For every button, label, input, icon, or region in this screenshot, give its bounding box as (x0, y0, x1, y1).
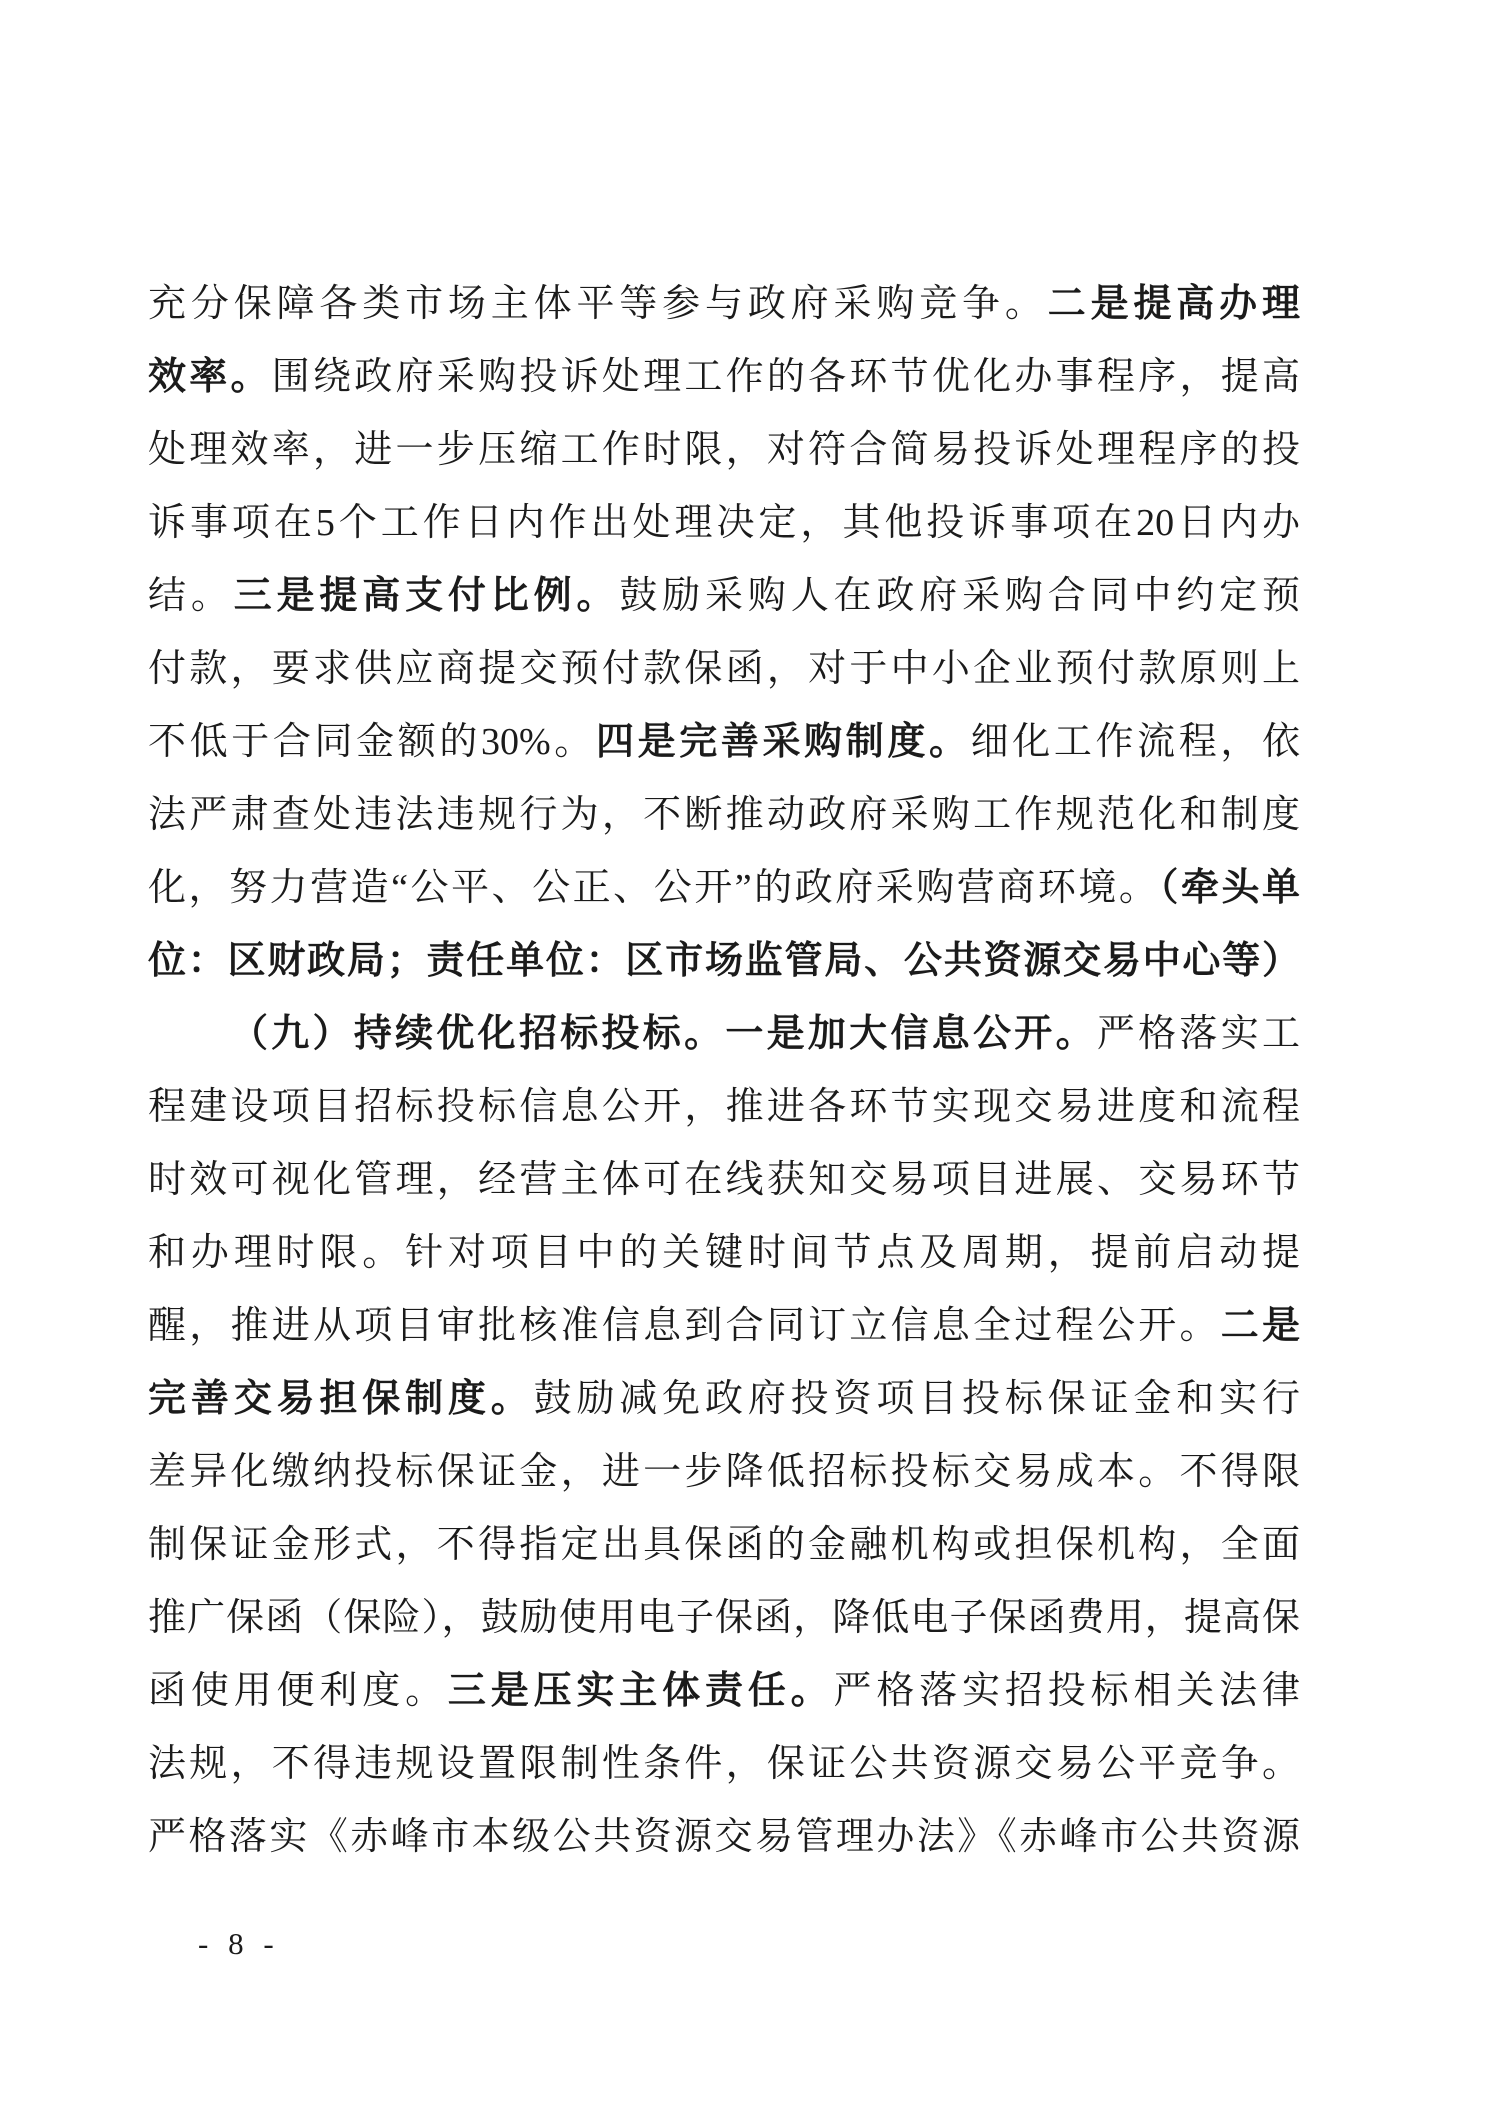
text-segment: 时效可视化管理，经营主体可在线获知交易项目进展、交易环节 (148, 1159, 1300, 1201)
document-page: 充分保障各类市场主体平等参与政府采购竞争。二是提高办理 效率。围绕政府采购投诉处… (0, 0, 1488, 2104)
text-segment: 诉事项在5个工作日内作出处理决定，其他投诉事项在20日内办 (148, 502, 1300, 544)
text-segment: 制保证金形式，不得指定出具保函的金融机构或担保机构，全面 (148, 1524, 1300, 1566)
text-segment-bold: 四是完善采购制度。 (596, 721, 971, 763)
text-line: 法严肃查处违法违规行为，不断推动政府采购工作规范化和制度 (148, 779, 1300, 852)
text-segment-bold: 三是压实主体责任。 (448, 1670, 834, 1712)
text-segment: 法严肃查处违法违规行为，不断推动政府采购工作规范化和制度 (148, 794, 1300, 836)
text-segment: 鼓励采购人在政府采购合同中约定预 (619, 575, 1300, 617)
text-line: 不低于合同金额的30%。四是完善采购制度。细化工作流程，依 (148, 706, 1300, 779)
text-line: 法规，不得违规设置限制性条件，保证公共资源交易公平竞争。 (148, 1728, 1300, 1801)
text-segment-bold: 二是提高办理 (1048, 283, 1300, 325)
text-segment: 法规，不得违规设置限制性条件，保证公共资源交易公平竞争。 (148, 1743, 1300, 1785)
text-line: 推广保函（保险），鼓励使用电子保函，降低电子保函费用，提高保 (148, 1582, 1300, 1655)
text-segment: 充分保障各类市场主体平等参与政府采购竞争。 (148, 283, 1048, 325)
text-line: 付款，要求供应商提交预付款保函，对于中小企业预付款原则上 (148, 633, 1300, 706)
text-line: 诉事项在5个工作日内作出处理决定，其他投诉事项在20日内办 (148, 487, 1300, 560)
text-segment-bold: 位：区财政局；责任单位：区市场监管局、公共资源交易中心等） (148, 940, 1300, 982)
text-segment-bold: 三是提高支付比例。 (234, 575, 620, 617)
text-segment: 差异化缴纳投标保证金，进一步降低招标投标交易成本。不得限 (148, 1451, 1300, 1493)
text-line: 制保证金形式，不得指定出具保函的金融机构或担保机构，全面 (148, 1509, 1300, 1582)
text-line: 差异化缴纳投标保证金，进一步降低招标投标交易成本。不得限 (148, 1436, 1300, 1509)
body-text: 充分保障各类市场主体平等参与政府采购竞争。二是提高办理 效率。围绕政府采购投诉处… (148, 268, 1300, 1874)
text-segment: 严格落实工 (1097, 1013, 1300, 1055)
page-number: - 8 - (198, 1926, 280, 1962)
text-line: 充分保障各类市场主体平等参与政府采购竞争。二是提高办理 (148, 268, 1300, 341)
text-segment: 结。 (148, 575, 234, 617)
text-segment: 程建设项目招标投标信息公开，推进各环节实现交易进度和流程 (148, 1086, 1300, 1128)
text-segment-bold: 完善交易担保制度。 (148, 1378, 534, 1420)
text-segment: 推广保函（保险），鼓励使用电子保函，降低电子保函费用，提高保 (148, 1597, 1300, 1639)
text-line: 位：区财政局；责任单位：区市场监管局、公共资源交易中心等） (148, 925, 1300, 998)
text-segment: 细化工作流程，依 (971, 721, 1300, 763)
text-line-paragraph-start: （九）持续优化招标投标。一是加大信息公开。严格落实工 (148, 998, 1300, 1071)
text-segment: 严格落实《赤峰市本级公共资源交易管理办法》《赤峰市公共资源 (148, 1816, 1300, 1858)
text-line: 完善交易担保制度。鼓励减免政府投资项目投标保证金和实行 (148, 1363, 1300, 1436)
text-segment-bold: 效率。 (148, 356, 272, 398)
text-line: 化，努力营造“公平、公正、公开”的政府采购营商环境。（牵头单 (148, 852, 1300, 925)
text-segment: 函使用便利度。 (148, 1670, 448, 1712)
text-segment-bold: （牵头单 (1159, 867, 1300, 909)
text-line: 和办理时限。针对项目中的关键时间节点及周期，提前启动提 (148, 1217, 1300, 1290)
text-segment: 围绕政府采购投诉处理工作的各环节优化办事程序，提高 (272, 356, 1300, 398)
text-line: 效率。围绕政府采购投诉处理工作的各环节优化办事程序，提高 (148, 341, 1300, 414)
text-segment: 醒，推进从项目审批核准信息到合同订立信息全过程公开。 (148, 1305, 1221, 1347)
text-segment: 鼓励减免政府投资项目投标保证金和实行 (534, 1378, 1300, 1420)
text-line: 醒，推进从项目审批核准信息到合同订立信息全过程公开。二是 (148, 1290, 1300, 1363)
text-line: 严格落实《赤峰市本级公共资源交易管理办法》《赤峰市公共资源 (148, 1801, 1300, 1874)
text-line: 程建设项目招标投标信息公开，推进各环节实现交易进度和流程 (148, 1071, 1300, 1144)
text-segment-bold: 二是 (1221, 1305, 1300, 1347)
text-line: 函使用便利度。三是压实主体责任。严格落实招投标相关法律 (148, 1655, 1300, 1728)
text-segment: 处理效率，进一步压缩工作时限，对符合简易投诉处理程序的投 (148, 429, 1300, 471)
text-line: 处理效率，进一步压缩工作时限，对符合简易投诉处理程序的投 (148, 414, 1300, 487)
text-segment: 和办理时限。针对项目中的关键时间节点及周期，提前启动提 (148, 1232, 1300, 1274)
text-segment: 严格落实招投标相关法律 (834, 1670, 1300, 1712)
text-segment: 付款，要求供应商提交预付款保函，对于中小企业预付款原则上 (148, 648, 1300, 690)
text-segment: 化，努力营造“公平、公正、公开”的政府采购营商环境。 (148, 867, 1159, 909)
text-line: 结。三是提高支付比例。鼓励采购人在政府采购合同中约定预 (148, 560, 1300, 633)
text-segment-bold: （九）持续优化招标投标。一是加大信息公开。 (230, 1013, 1097, 1055)
text-line: 时效可视化管理，经营主体可在线获知交易项目进展、交易环节 (148, 1144, 1300, 1217)
text-segment: 不低于合同金额的30%。 (148, 721, 596, 763)
